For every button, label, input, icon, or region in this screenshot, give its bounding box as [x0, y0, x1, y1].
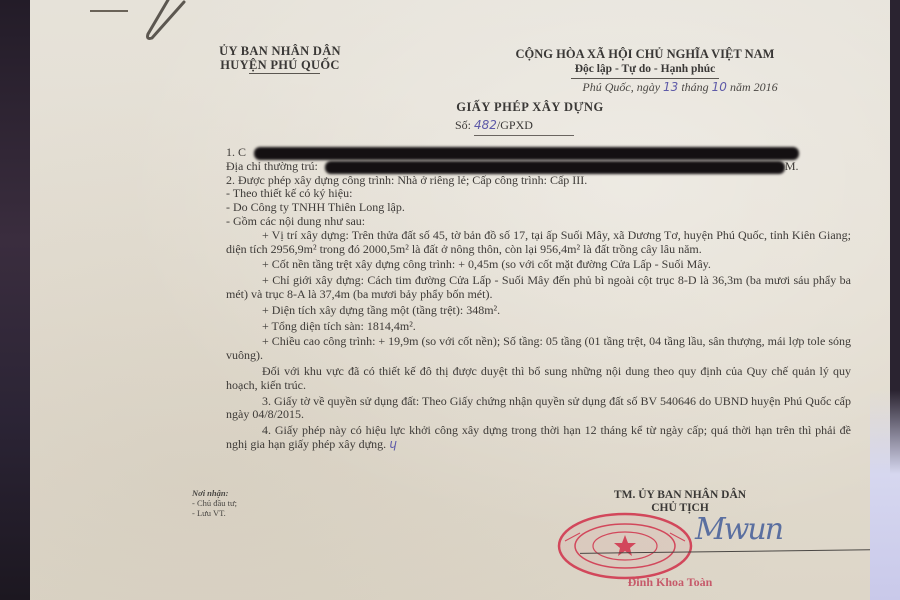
- design-code: - Theo thiết kế có ký hiệu:: [226, 187, 851, 201]
- handwritten-number: 482: [474, 118, 497, 132]
- urban-design-note: Đối với khu vực đã có thiết kế đô thị đư…: [226, 365, 851, 393]
- redacted-owner-info: [254, 147, 799, 160]
- date-line: Phú Quốc, ngày 13 tháng 10 năm 2016: [500, 80, 860, 95]
- title-underline: [474, 135, 574, 136]
- pen-mark: [90, 10, 128, 12]
- building-height: + Chiều cao công trình: + 19,9m (so với …: [226, 335, 851, 363]
- document-title: GIẤY PHÉP XÂY DỰNG: [410, 100, 650, 115]
- background-right-edge: [870, 390, 900, 600]
- item-2: 2. Được phép xây dựng công trình: Nhà ở …: [226, 174, 851, 188]
- redacted-address: [325, 161, 785, 174]
- permit-body: 1. C Địa chỉ thường trú: M. 2. Được phép…: [226, 146, 851, 452]
- handwritten-day: 13: [663, 80, 678, 94]
- background-left-edge: [0, 0, 30, 600]
- contents-intro: - Gồm các nội dung như sau:: [226, 215, 851, 229]
- handwritten-initial: ɥ: [389, 437, 397, 451]
- recipient-item: - Lưu VT.: [192, 508, 237, 518]
- item-1: 1. C: [226, 146, 851, 160]
- building-line: + Chỉ giới xây dựng: Cách tim đường Cửa …: [226, 274, 851, 302]
- paperclip-icon: [140, 0, 210, 42]
- ground-floor-level: + Cốt nền tầng trệt xây dựng công trình:…: [226, 258, 851, 272]
- official-stamp-icon: [555, 511, 695, 581]
- location: + Vị trí xây dựng: Trên thửa đất số 45, …: [226, 229, 851, 257]
- on-behalf: TM. ỦY BAN NHÂN DÂN: [550, 489, 810, 502]
- issuer-line1: ỦY BAN NHÂN DÂN: [160, 44, 400, 58]
- country-name: CỘNG HÒA XÃ HỘI CHỦ NGHĨA VIỆT NAM: [420, 47, 870, 61]
- total-floor-area: + Tổng diện tích sàn: 1814,4m².: [226, 320, 851, 334]
- issuer-line2: HUYỆN PHÚ QUỐC: [160, 58, 400, 72]
- handwritten-month: 10: [712, 80, 727, 94]
- designer: - Do Công ty TNHH Thiên Long lập.: [226, 201, 851, 215]
- national-header: CỘNG HÒA XÃ HỘI CHỦ NGHĨA VIỆT NAM Độc l…: [420, 47, 870, 79]
- recipient-item: - Chủ đầu tư;: [192, 498, 237, 508]
- issuer-header: ỦY BAN NHÂN DÂN HUYỆN PHÚ QUỐC: [160, 44, 400, 72]
- permit-number: Số: 482/GPXD: [455, 118, 533, 133]
- signature: Mwun: [695, 512, 782, 547]
- item-4: 4. Giấy phép này có hiệu lực khởi công x…: [226, 424, 851, 452]
- document-page: ỦY BAN NHÂN DÂN HUYỆN PHÚ QUỐC CỘNG HÒA …: [30, 0, 890, 600]
- address-line: Địa chỉ thường trú: M.: [226, 160, 851, 174]
- recipients: Nơi nhận: - Chủ đầu tư; - Lưu VT.: [192, 488, 237, 518]
- national-motto: Độc lập - Tự do - Hạnh phúc: [571, 62, 720, 79]
- item-3: 3. Giấy tờ về quyền sử dụng đất: Theo Gi…: [226, 395, 851, 423]
- first-floor-area: + Diện tích xây dựng tầng một (tầng trệt…: [226, 304, 851, 318]
- signer-name: Đinh Khoa Toàn: [600, 575, 740, 590]
- recipients-label: Nơi nhận:: [192, 488, 237, 498]
